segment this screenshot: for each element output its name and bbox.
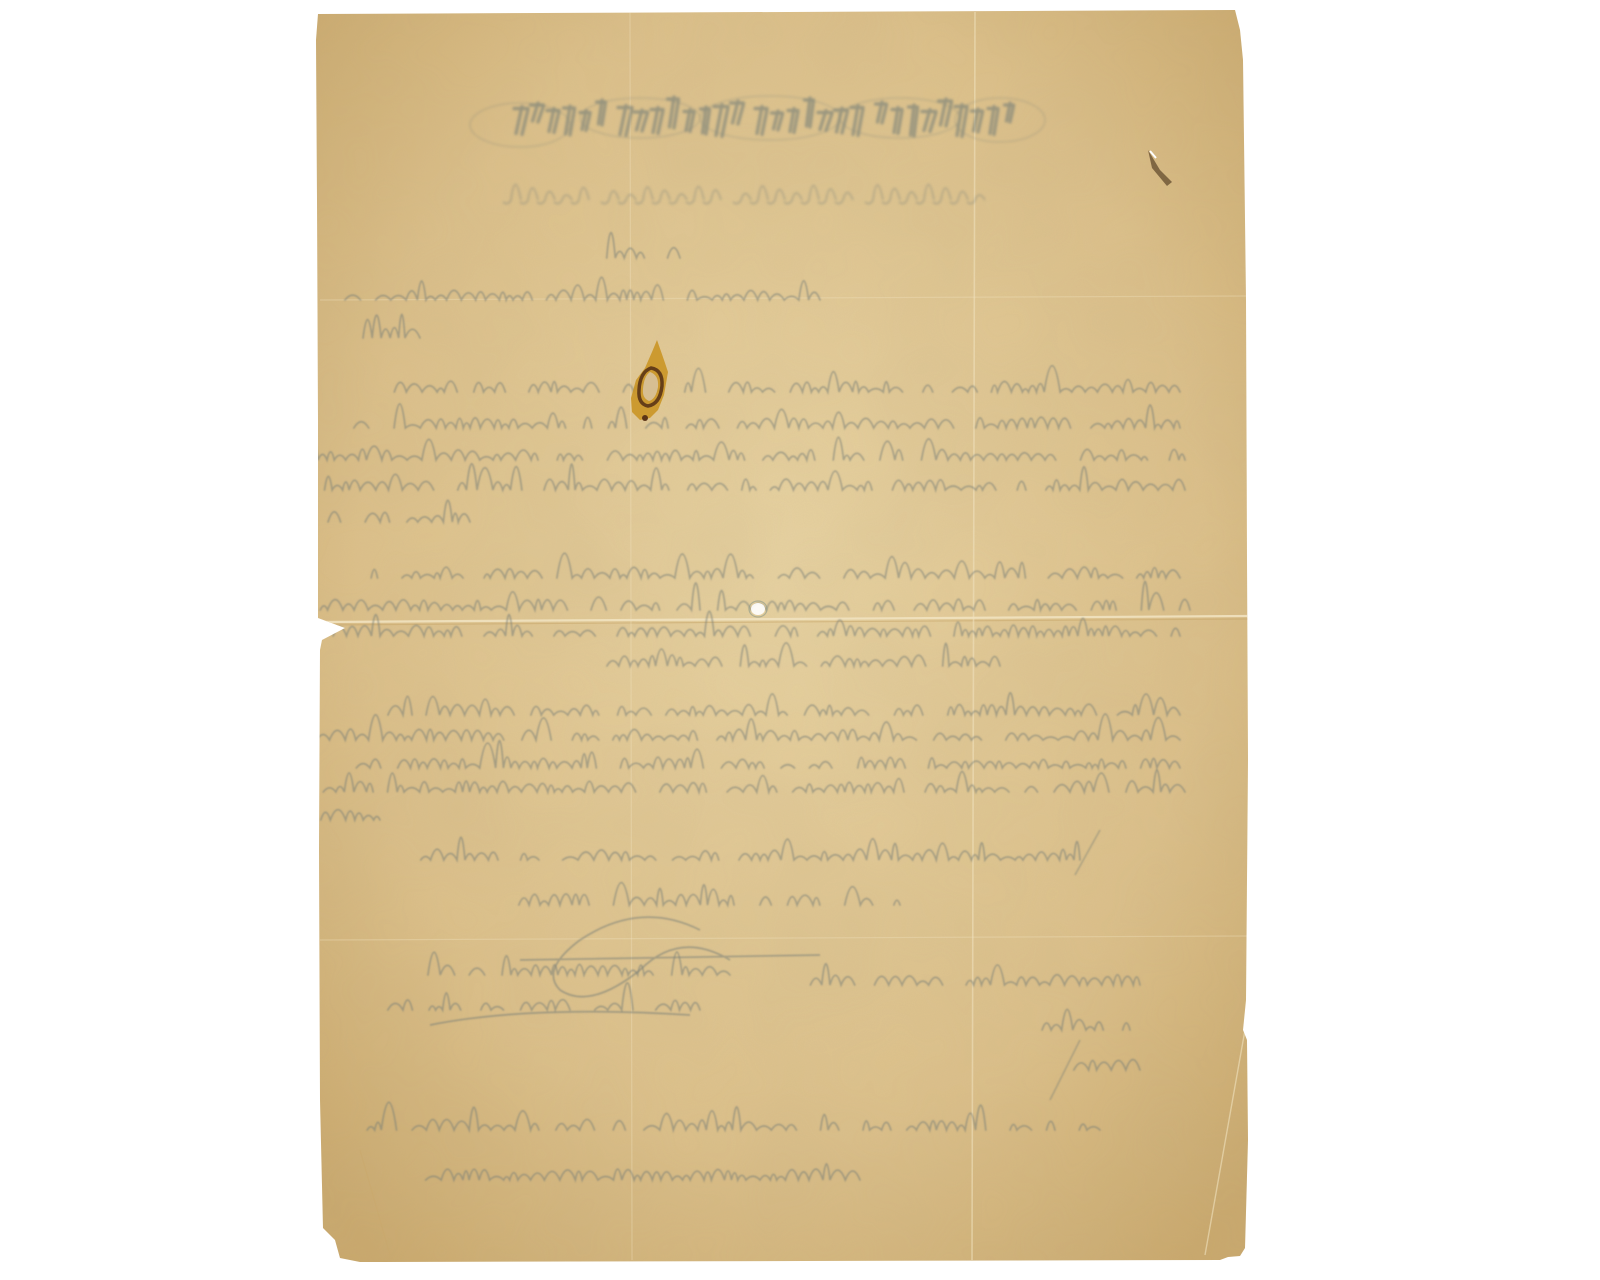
paper [300,0,1300,1280]
paper-hole [749,601,767,617]
letter-sheet [0,0,1600,1280]
document-scan: Post Office, New York, N.Y. Asst. Postma… [0,0,1600,1280]
